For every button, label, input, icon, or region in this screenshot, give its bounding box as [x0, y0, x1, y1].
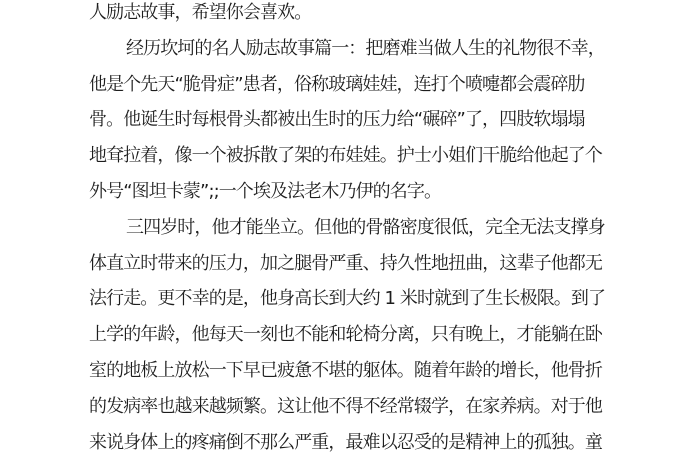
text-line: 室的地板上放松一下早已疲惫不堪的躯体。随着年龄的增长，他骨折: [89, 353, 604, 389]
document-body: 人励志故事，希望你会喜欢。经历坎坷的名人励志故事篇一：把磨难当做人生的礼物很不幸…: [89, 0, 604, 460]
text-line: 上学的年龄，他每天一刻也不能和轮椅分离，只有晚上，才能躺在卧: [89, 317, 604, 353]
text-line: 法行走。更不幸的是，他身高长到大约 1 米时就到了生长极限。到了: [89, 281, 604, 317]
text-line: 地耷拉着，像一个被拆散了架的布娃娃。护士小姐们干脆给他起了个: [89, 138, 604, 174]
text-line: 外号“图坦卡蒙”;;一个埃及法老木乃伊的名字。: [89, 174, 604, 210]
text-line: 经历坎坷的名人励志故事篇一：把磨难当做人生的礼物很不幸，: [89, 31, 604, 67]
text-line: 体直立时带来的压力，加之腿骨严重、持久性地扭曲，这辈子他都无: [89, 246, 604, 282]
text-line: 三四岁时，他才能坐立。但他的骨骼密度很低，完全无法支撑身: [89, 210, 604, 246]
text-line: 来说身体上的疼痛倒不那么严重，最难以忍受的是精神上的孤独。童: [89, 425, 604, 461]
document-page: 人励志故事，希望你会喜欢。经历坎坷的名人励志故事篇一：把磨难当做人生的礼物很不幸…: [89, 0, 604, 470]
text-line: 人励志故事，希望你会喜欢。: [89, 0, 604, 31]
text-line: 他是个先天“脆骨症”患者，俗称玻璃娃娃，连打个喷嚏都会震碎肋: [89, 67, 604, 103]
text-line: 的发病率也越来越频繁。这让他不得不经常辍学，在家养病。对于他: [89, 389, 604, 425]
text-line: 骨。他诞生时每根骨头都被出生时的压力给“碾碎”了，四肢软塌塌: [89, 102, 604, 138]
